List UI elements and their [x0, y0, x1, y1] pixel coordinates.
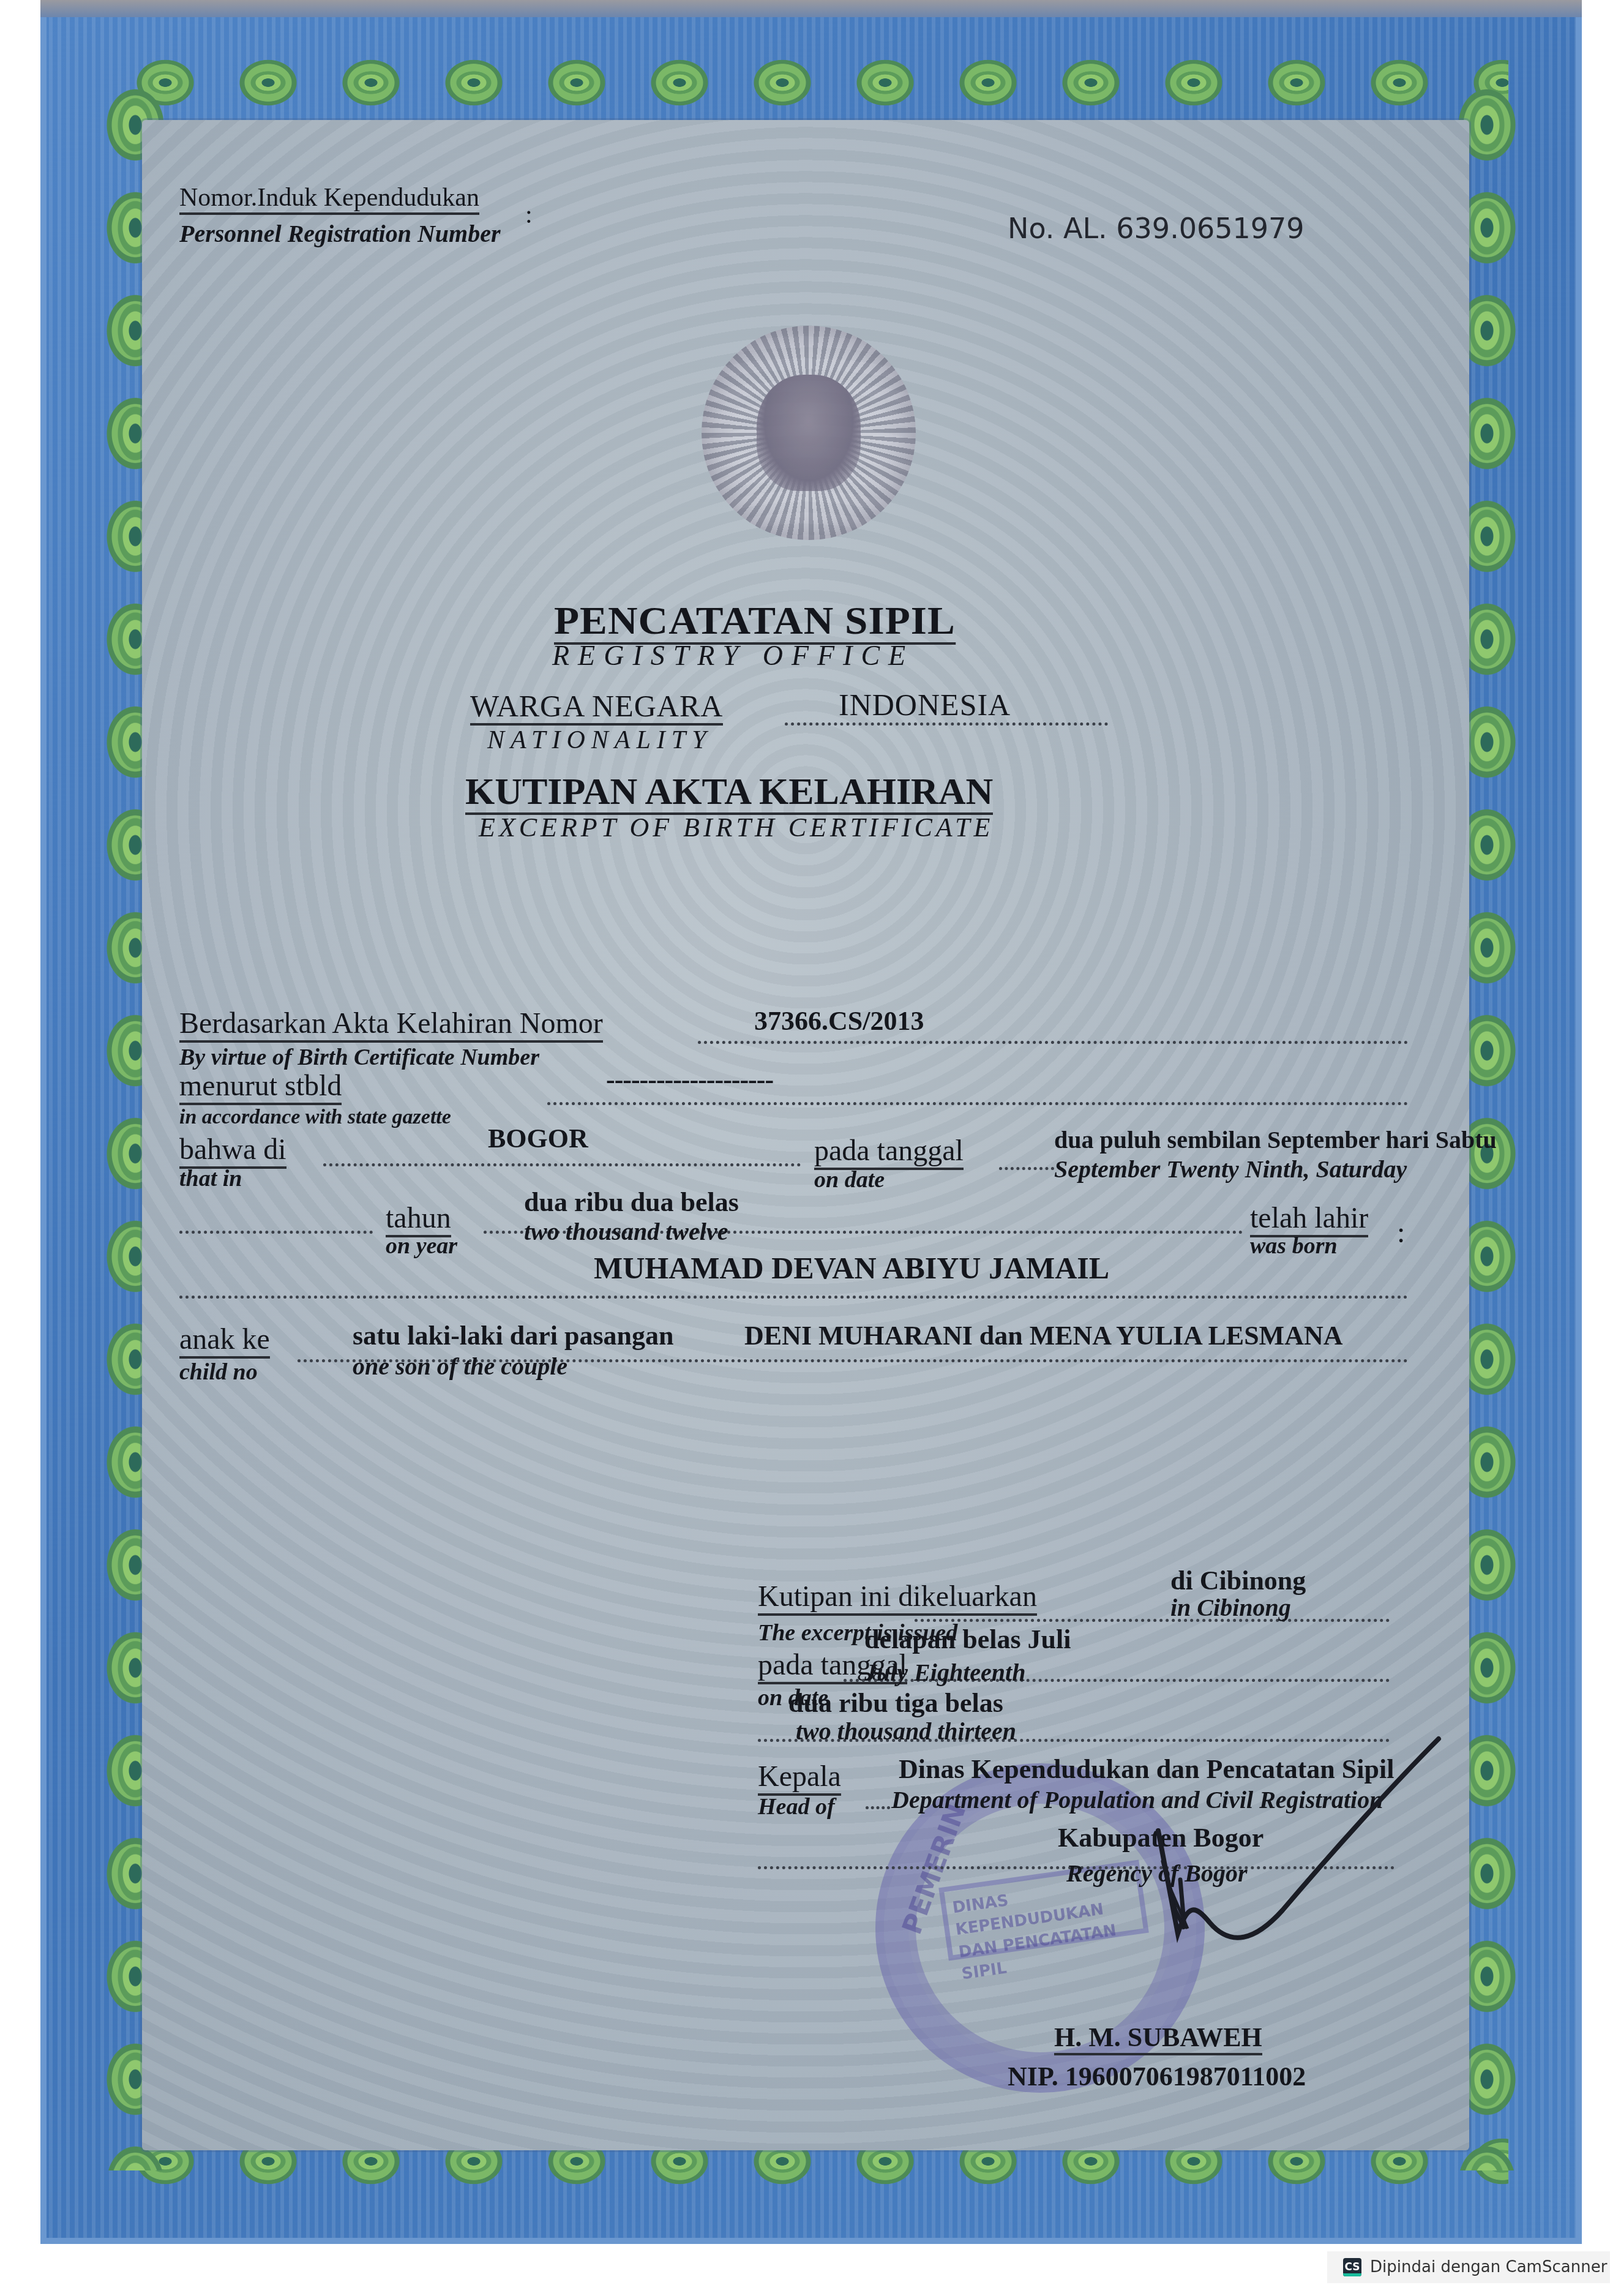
issued-label: Kutipan ini dikeluarkan [758, 1582, 1037, 1616]
stbld-dotted-line [547, 1102, 1408, 1105]
date-label-en: on date [814, 1168, 885, 1191]
born-label-en: was born [1250, 1234, 1338, 1258]
child-name: MUHAMAD DEVAN ABIYU JAMAIL [594, 1253, 1109, 1283]
year-label-en: on year [386, 1234, 457, 1258]
issued-place-dotted-line [915, 1619, 1390, 1622]
child-no-label-en: child no [179, 1360, 258, 1384]
year-prefix-dotted-line [179, 1231, 373, 1234]
place-value: BOGOR [488, 1125, 588, 1152]
office-title-en: REGISTRY OFFICE [552, 642, 914, 670]
cert-number-value: 37366.CS/2013 [754, 1008, 924, 1035]
date-value-en: September Twenty Ninth, Saturday [1054, 1157, 1407, 1182]
camscanner-logo-icon: CS [1343, 2258, 1361, 2276]
id-label: Nomor.Induk Kependudukan [179, 185, 479, 215]
office-title: PENCATATAN SIPIL [554, 601, 956, 645]
document-number: No. AL. 639.0651979 [1008, 214, 1305, 242]
garuda-emblem-icon [702, 326, 916, 540]
signature-icon [1151, 1727, 1469, 1984]
stbld-label-en: in accordance with state gazette [179, 1107, 451, 1128]
issued-year: dua ribu tiga belas [788, 1690, 1003, 1717]
born-colon: : [1397, 1218, 1405, 1248]
born-label: telah lahir [1250, 1204, 1368, 1237]
issued-place-en: in Cibinong [1170, 1596, 1291, 1620]
year-value: dua ribu dua belas [524, 1189, 739, 1216]
child-name-dotted-line [179, 1296, 1408, 1299]
place-label-en: that in [179, 1167, 242, 1190]
child-no-value: satu laki-laki dari pasangan [353, 1322, 674, 1349]
id-label-en: Personnel Registration Number [179, 222, 501, 246]
stbld-label: menurut stbld [179, 1071, 342, 1105]
year-value-en: two thousand twelve [524, 1220, 728, 1244]
cert-number-dotted-line [698, 1041, 1408, 1044]
nationality-label-en: NATIONALITY [487, 727, 713, 753]
camscanner-label: Dipindai dengan CamScanner [1370, 2258, 1607, 2276]
place-dotted-line [323, 1163, 801, 1166]
date-label: pada tanggal [814, 1136, 964, 1170]
id-colon: : [525, 202, 533, 228]
parents-names: DENI MUHARANI dan MENA YULIA LESMANA [744, 1322, 1342, 1349]
cert-number-label: Berdasarkan Akta Kelahiran Nomor [179, 1009, 603, 1043]
date-dotted-line [999, 1167, 1054, 1170]
camscanner-watermark: CS Dipindai dengan CamScanner [1327, 2251, 1610, 2283]
child-no-label: anak ke [179, 1325, 270, 1359]
signatory-name: H. M. SUBAWEH [1054, 2024, 1262, 2055]
document-title: KUTIPAN AKTA KELAHIRAN [465, 773, 993, 815]
issued-place: di Cibinong [1170, 1567, 1306, 1594]
place-label: bahwa di [179, 1135, 286, 1169]
head-label: Kepala [758, 1762, 841, 1796]
nationality-value: INDONESIA [839, 689, 1011, 720]
ornamental-border-top [114, 49, 1508, 116]
date-value: dua puluh sembilan September hari Sabtu [1054, 1128, 1497, 1152]
document-title-en: EXCERPT OF BIRTH CERTIFICATE [479, 814, 994, 841]
stbld-value: -------------------- [606, 1067, 773, 1094]
head-label-en: Head of [758, 1795, 835, 1818]
department-dotted-line [866, 1806, 890, 1809]
child-no-value-en: one son of the couple [353, 1354, 567, 1379]
issued-date-en: July Eighteenth [864, 1660, 1025, 1685]
nationality-label: WARGA NEGARA [470, 691, 723, 726]
year-label: tahun [386, 1204, 451, 1237]
signatory-nip: NIP. 196007061987011002 [1008, 2063, 1306, 2090]
nationality-dotted-line [785, 722, 1108, 726]
issued-year-en: two thousand thirteen [796, 1719, 1016, 1744]
cert-number-label-en: By virtue of Birth Certificate Number [179, 1046, 539, 1069]
